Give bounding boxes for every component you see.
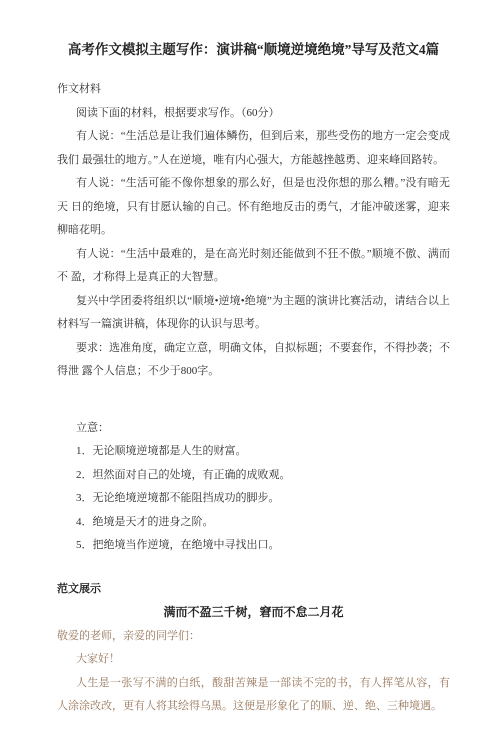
material-paragraph: 有人说：“生活总是让我们遍体鳞伤，但到后来，那些受伤的地方一定会变成我们 最强壮… bbox=[57, 125, 450, 172]
intent-item: 1．无论顺境逆境都是人生的财富。 bbox=[57, 440, 450, 464]
material-paragraph: 有人说：“生活中最难的，是在高光时刻还能做到不狂不傲。”顺境不傲、满而不 盈，才… bbox=[57, 243, 450, 290]
intent-item: 3．无论绝境逆境都不能阻挡成功的脚步。 bbox=[57, 487, 450, 511]
essay-paragraph: 人生是一张写不满的白纸，酸甜苦辣是一部读不完的书，有人挥笔从容，有 人涂涂改改，… bbox=[57, 672, 450, 719]
intent-item: 4．绝境是天才的进身之阶。 bbox=[57, 511, 450, 535]
document-title: 高考作文模拟主题写作：演讲稿“顺境逆境绝境”导写及范文4篇 bbox=[57, 40, 450, 60]
material-paragraph: 有人说：“生活可能不像你想象的那么好，但是也没你想的那么糟。”没有暗无天 日的绝… bbox=[57, 172, 450, 243]
essay-title: 满而不盈三千树，窘而不怠二月花 bbox=[57, 601, 450, 625]
material-paragraph: 复兴中学团委将组织以“顺境•逆境•绝境”为主题的演讲比赛活动，请结合以上 材料写… bbox=[57, 290, 450, 337]
material-heading: 作文材料 bbox=[57, 78, 450, 102]
document-page: 高考作文模拟主题写作：演讲稿“顺境逆境绝境”导写及范文4篇 作文材料 阅读下面的… bbox=[0, 0, 500, 743]
essay-salutation: 敬爱的老师，亲爱的同学们： bbox=[57, 625, 450, 649]
intro-line: 阅读下面的材料，根据要求写作。（60分） bbox=[57, 102, 450, 126]
essay-greeting: 大家好！ bbox=[57, 648, 450, 672]
material-paragraph: 要求：选准角度，确定立意，明确文体，自拟标题；不要套作，不得抄袭；不得泄 露个人… bbox=[57, 337, 450, 384]
intent-item: 5．把绝境当作逆境，在绝境中寻找出口。 bbox=[57, 534, 450, 558]
intent-item: 2．坦然面对自己的处境，有正确的成败观。 bbox=[57, 464, 450, 488]
sample-essays-heading: 范文展示 bbox=[57, 578, 450, 602]
intent-heading: 立意： bbox=[57, 417, 450, 441]
